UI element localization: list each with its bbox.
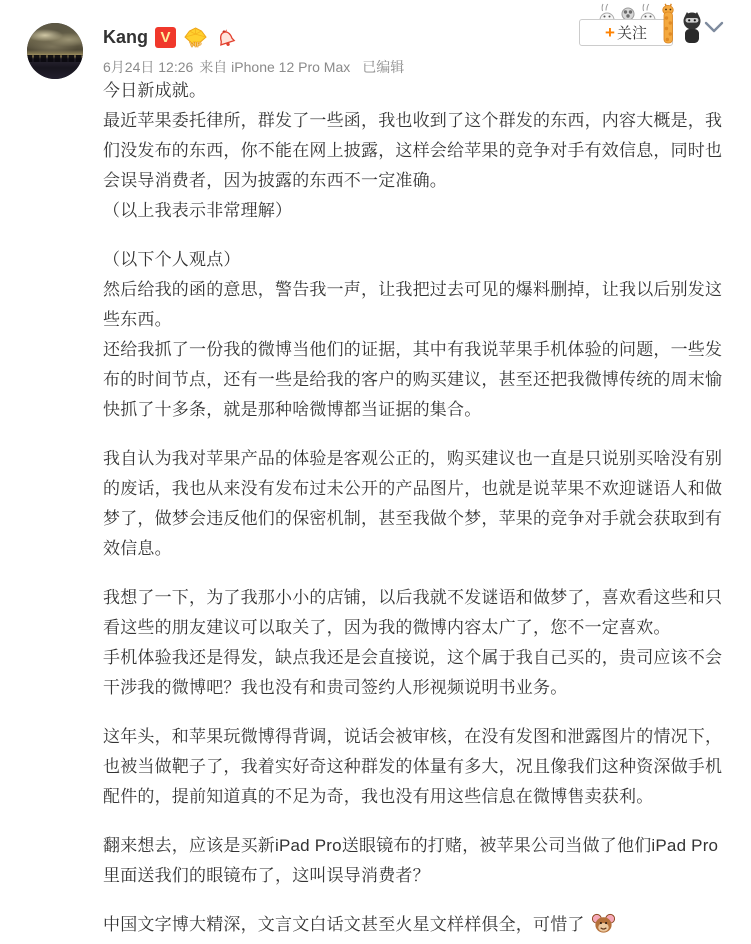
post-paragraph (103, 812, 725, 831)
peeking-creature-icon (598, 2, 616, 20)
post-paragraph (103, 703, 725, 722)
post-date: 6月24日 12:26 (103, 57, 193, 77)
post-paragraph (103, 425, 725, 444)
edited-label: 已编辑 (362, 57, 404, 77)
follow-label: 关注 (617, 22, 647, 43)
vip-badge-icon: VIP (183, 26, 208, 49)
svg-text:VIP: VIP (189, 40, 201, 49)
post-paragraph: （以上我表示非常理解） (103, 196, 725, 226)
post-paragraph: 手机体验我还是得发，缺点我还是会直接说，这个属于我自己买的，贵司应该不会干涉我的… (103, 643, 725, 703)
post-paragraph: 中国文字博大精深，文言文白话文甚至火星文样样俱全，可惜了 (103, 910, 725, 940)
post-paragraph: 还给我抓了一份我的微博当他们的证据，其中有我说苹果手机体验的问题，一些发布的时间… (103, 335, 725, 425)
post-paragraph (103, 226, 725, 245)
verified-v-icon: V (155, 27, 176, 48)
plus-icon: + (605, 24, 615, 41)
post-paragraph (103, 891, 725, 910)
bell-badge-icon (215, 26, 237, 49)
giraffe-icon (658, 3, 678, 45)
post-card: + 关注 Kang V VIP 6月24日 12:26 来自 iPhone 12… (0, 0, 751, 944)
jerry-mouse-emoji (592, 913, 615, 934)
post-paragraph: 今日新成就。 (103, 76, 725, 106)
chevron-down-icon[interactable] (704, 21, 724, 34)
avatar[interactable] (27, 23, 83, 79)
post-text: 今日新成就。最近苹果委托律所，群发了一些函，我也收到了这个群发的东西，内容大概是… (103, 76, 725, 940)
peeking-creature-icon (639, 2, 657, 20)
author-row: Kang V VIP (103, 23, 237, 51)
post-paragraph: 我自认为我对苹果产品的体验是客观公正的，购买建议也一直是只说别买啥没有别的废话，… (103, 444, 725, 564)
post-paragraph: 翻来想去，应该是买新iPad Pro送眼镜布的打赌，被苹果公司当做了他们iPad… (103, 831, 725, 891)
post-paragraph: 这年头，和苹果玩微博得背调，说话会被审核，在没有发图和泄露图片的情况下，也被当做… (103, 722, 725, 812)
post-source[interactable]: 来自 iPhone 12 Pro Max (199, 57, 350, 77)
avatar-skyline (27, 55, 83, 61)
post-paragraph: （以下个人观点） (103, 245, 725, 275)
post-paragraph: 然后给我的函的意思，警告我一声，让我把过去可见的爆料删掉，让我以后别发这些东西。 (103, 275, 725, 335)
post-paragraph (103, 564, 725, 583)
black-creature-icon (681, 11, 703, 44)
post-paragraph: 最近苹果委托律所，群发了一些函，我也收到了这个群发的东西，内容大概是，我们没发布… (103, 106, 725, 196)
post-paragraph: 我想了一下，为了我那小小的店铺，以后我就不发谜语和做梦了，喜欢看这些和只看这些的… (103, 583, 725, 643)
ball-face-icon (620, 6, 636, 20)
post-meta: 6月24日 12:26 来自 iPhone 12 Pro Max 已编辑 (103, 57, 404, 77)
author-name[interactable]: Kang (103, 27, 148, 48)
avatar-sky-photo (27, 23, 83, 79)
